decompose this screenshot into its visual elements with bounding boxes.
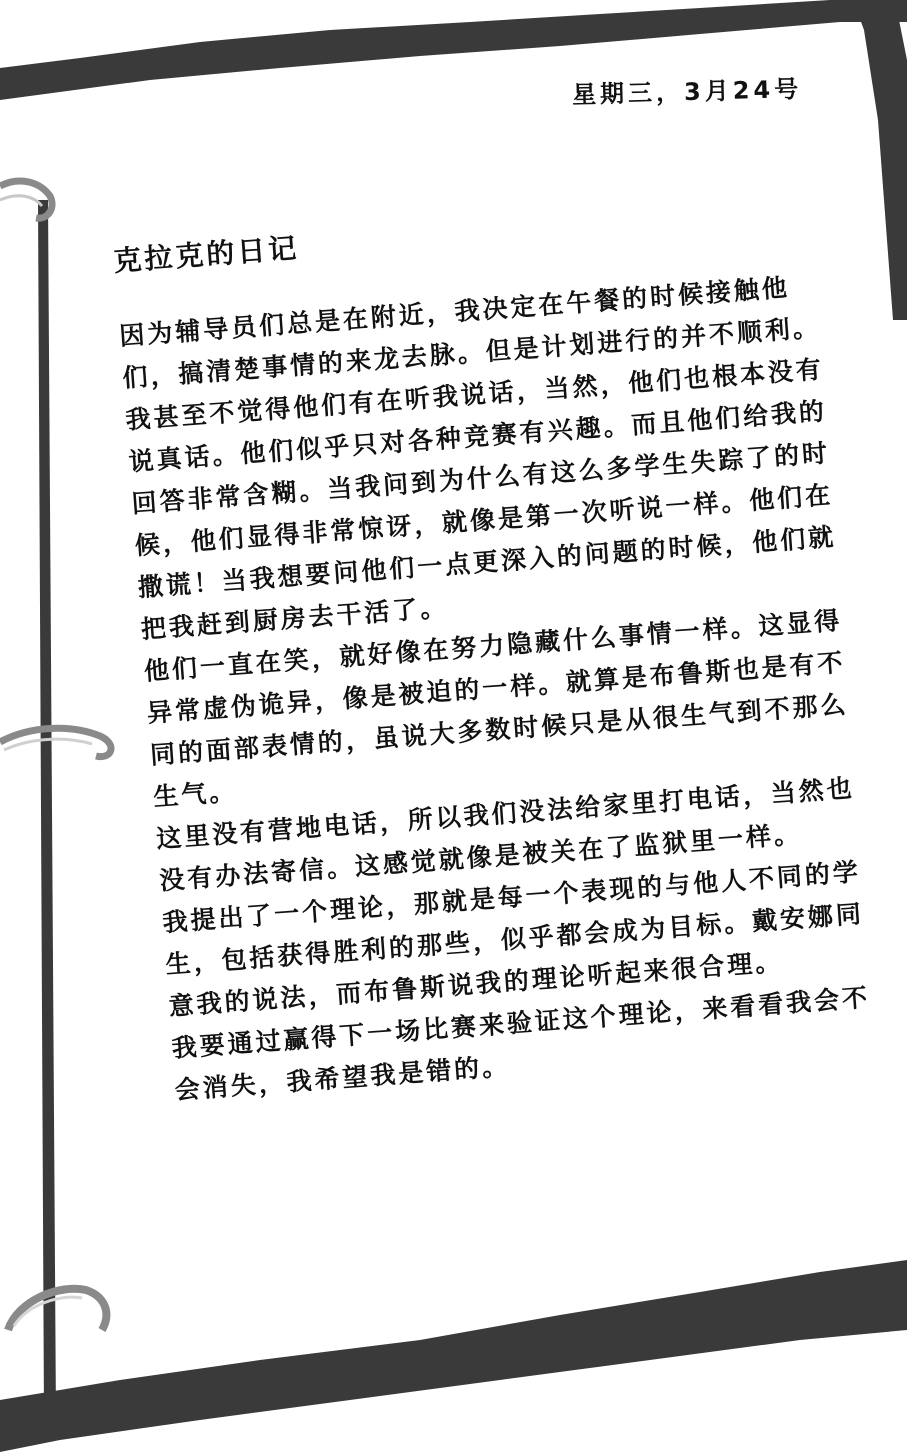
diary-title: 克拉克的日记 — [112, 226, 300, 280]
diary-body: 因为辅导员们总是在附近，我决定在午餐的时候接触他们，搞清楚事情的来龙去脉。但是计… — [118, 263, 895, 1112]
diary-page: 星期三，3月24号 克拉克的日记 因为辅导员们总是在附近，我决定在午餐的时候接触… — [0, 0, 907, 1452]
diary-date: 星期三，3月24号 — [572, 69, 803, 110]
